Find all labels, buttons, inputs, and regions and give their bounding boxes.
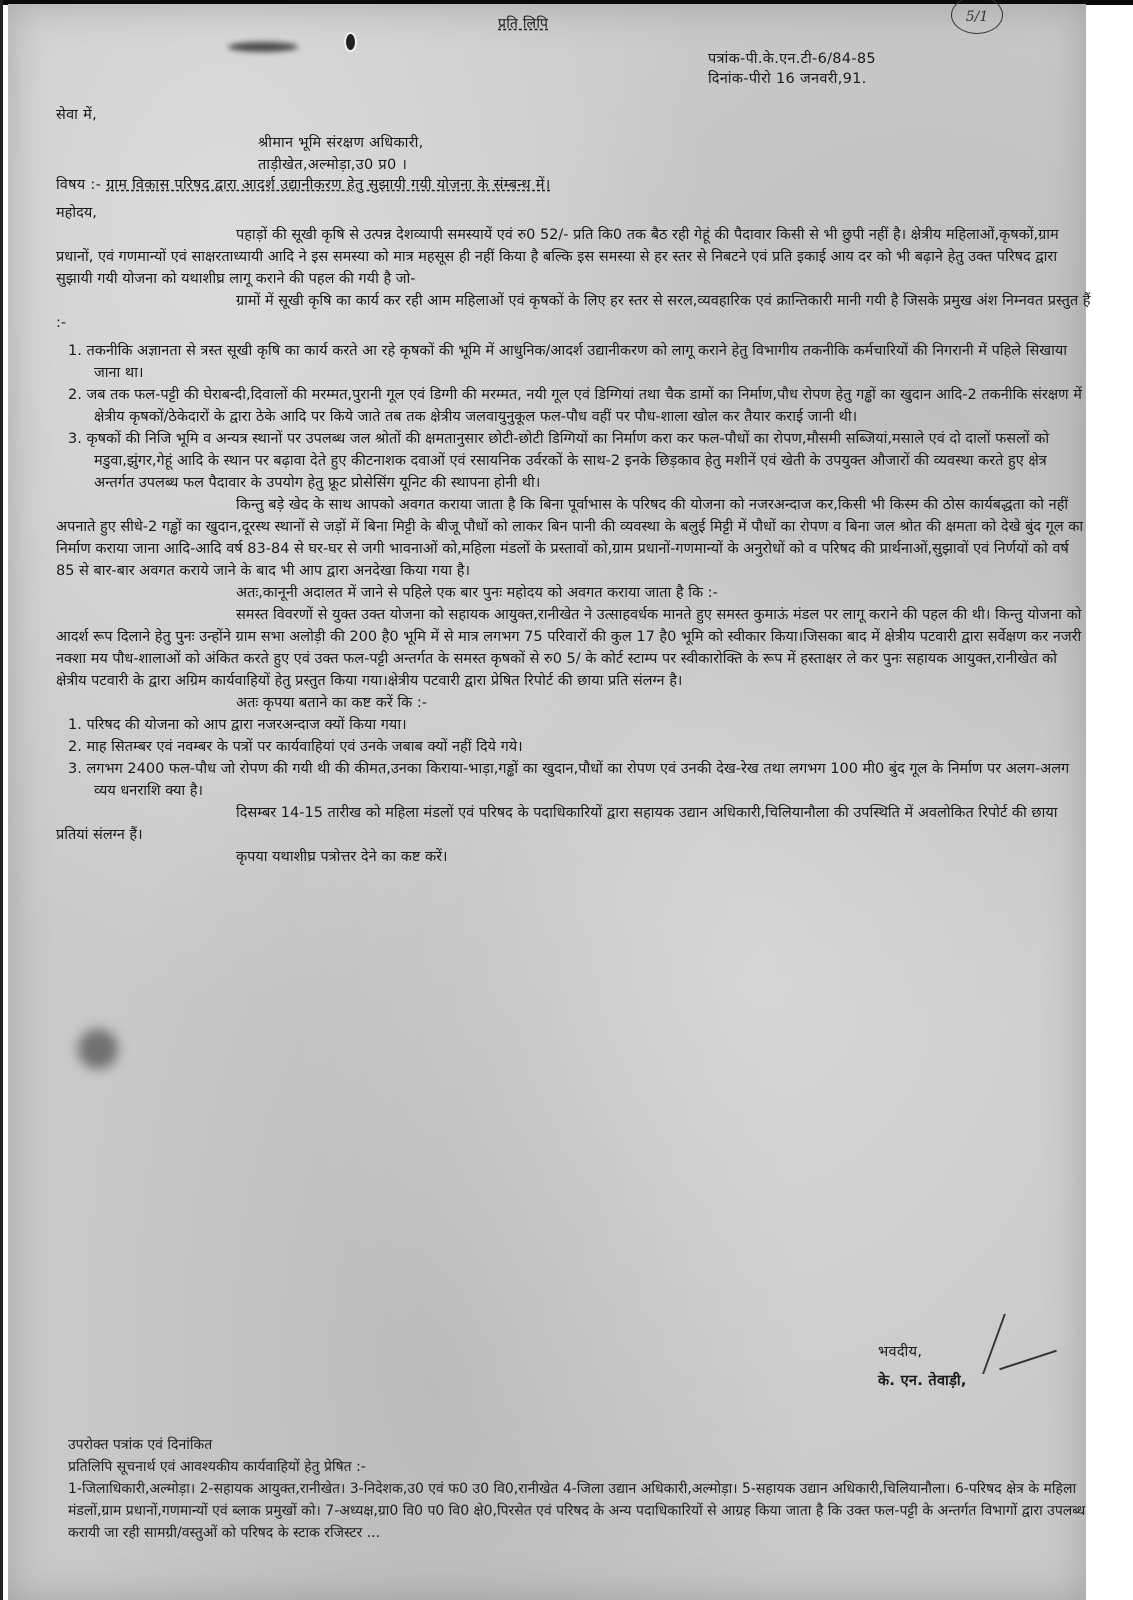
letter-date: दिनांक-पीरो 16 जनवरी,91. bbox=[708, 68, 867, 88]
body-paragraph: ग्रामों में सूखी कृषि का कार्य कर रही आम… bbox=[56, 290, 1091, 334]
addressee-line-2: ताड़ीखेत,अल्मोड़ा,उ0 प्र0 । bbox=[258, 154, 407, 174]
punch-hole bbox=[344, 32, 357, 52]
body-paragraph: पहाड़ों की सूखी कृषि से उत्पन्न देशव्याप… bbox=[56, 224, 1091, 290]
letter-body: महोदय, पहाड़ों की सूखी कृषि से उत्पन्न द… bbox=[56, 202, 1091, 868]
ink-smudge bbox=[78, 1029, 118, 1069]
closing-request: कृपया यथाशीघ्र पत्रोत्तर देने का कष्ट कर… bbox=[56, 846, 1091, 868]
closing-paragraph: दिसम्बर 14-15 तारीख को महिला मंडलों एवं … bbox=[56, 802, 1091, 846]
copy-to-section: उपरोक्त पत्रांक एवं दिनांकित प्रतिलिपि स… bbox=[68, 1434, 1093, 1544]
page-number-stamp: 5/1 bbox=[951, 0, 1003, 34]
question-item: 1. परिषद की योजना को आप द्वारा नजरअन्दाज… bbox=[56, 714, 1091, 736]
request-intro: अतः कृपया बताने का कष्ट करें कि :- bbox=[56, 692, 1091, 714]
complaint-paragraph: किन्तु बड़े खेद के साथ आपको अवगत कराया ज… bbox=[56, 494, 1091, 582]
copy-to-intro: प्रतिलिपि सूचनार्थ एवं आवश्यकीय कार्यवाह… bbox=[68, 1456, 1093, 1478]
copy-to-heading: उपरोक्त पत्रांक एवं दिनांकित bbox=[68, 1434, 1093, 1456]
reference-number: पत्रांक-पी.के.एन.टी-6/84-85 bbox=[708, 48, 876, 68]
signature-closing: भवदीय, bbox=[878, 1341, 922, 1361]
signatory-name: के. एन. तेवाड़ी, bbox=[878, 1370, 967, 1390]
document-heading: प्रति लिपि bbox=[498, 14, 548, 33]
subject-label: विषय :- bbox=[56, 177, 101, 193]
scheme-point: 2. जब तक फल-पट्टी की घेराबन्दी,दिवालों क… bbox=[56, 384, 1091, 428]
complaint-paragraph: अतः,कानूनी अदालत में जाने से पहिले एक बा… bbox=[56, 582, 1091, 604]
ink-smudge bbox=[228, 42, 298, 52]
scheme-point: 1. तकनीकि अज्ञानता से त्रस्त सूखी कृषि क… bbox=[56, 340, 1091, 384]
scan-left-border bbox=[0, 0, 3, 1600]
addressee-line-1: श्रीमान भूमि संरक्षण अधिकारी, bbox=[258, 132, 424, 152]
greeting: महोदय, bbox=[56, 202, 1091, 224]
copy-to-recipients: 1-जिलाधिकारी,अल्मोड़ा। 2-सहायक आयुक्त,रा… bbox=[68, 1478, 1093, 1544]
complaint-paragraph: समस्त विवरणों से युक्त उक्त योजना को सहा… bbox=[56, 604, 1091, 692]
subject-text: ग्राम विकास परिषद द्वारा आदर्श उद्यानीकर… bbox=[106, 177, 551, 193]
scanned-letter-page: 5/1 प्रति लिपि पत्रांक-पी.के.एन.टी-6/84-… bbox=[8, 4, 1086, 1600]
question-item: 3. लगभग 2400 फल-पौध जो रोपण की गयी थी की… bbox=[56, 758, 1091, 802]
scheme-point: 3. कृषकों की निजि भूमि व अन्यत्र स्थानों… bbox=[56, 428, 1091, 494]
question-item: 2. माह सितम्बर एवं नवम्बर के पत्रों पर क… bbox=[56, 736, 1091, 758]
subject-line: विषय :- ग्राम विकास परिषद द्वारा आदर्श उ… bbox=[56, 174, 551, 194]
salutation: सेवा में, bbox=[56, 104, 97, 124]
